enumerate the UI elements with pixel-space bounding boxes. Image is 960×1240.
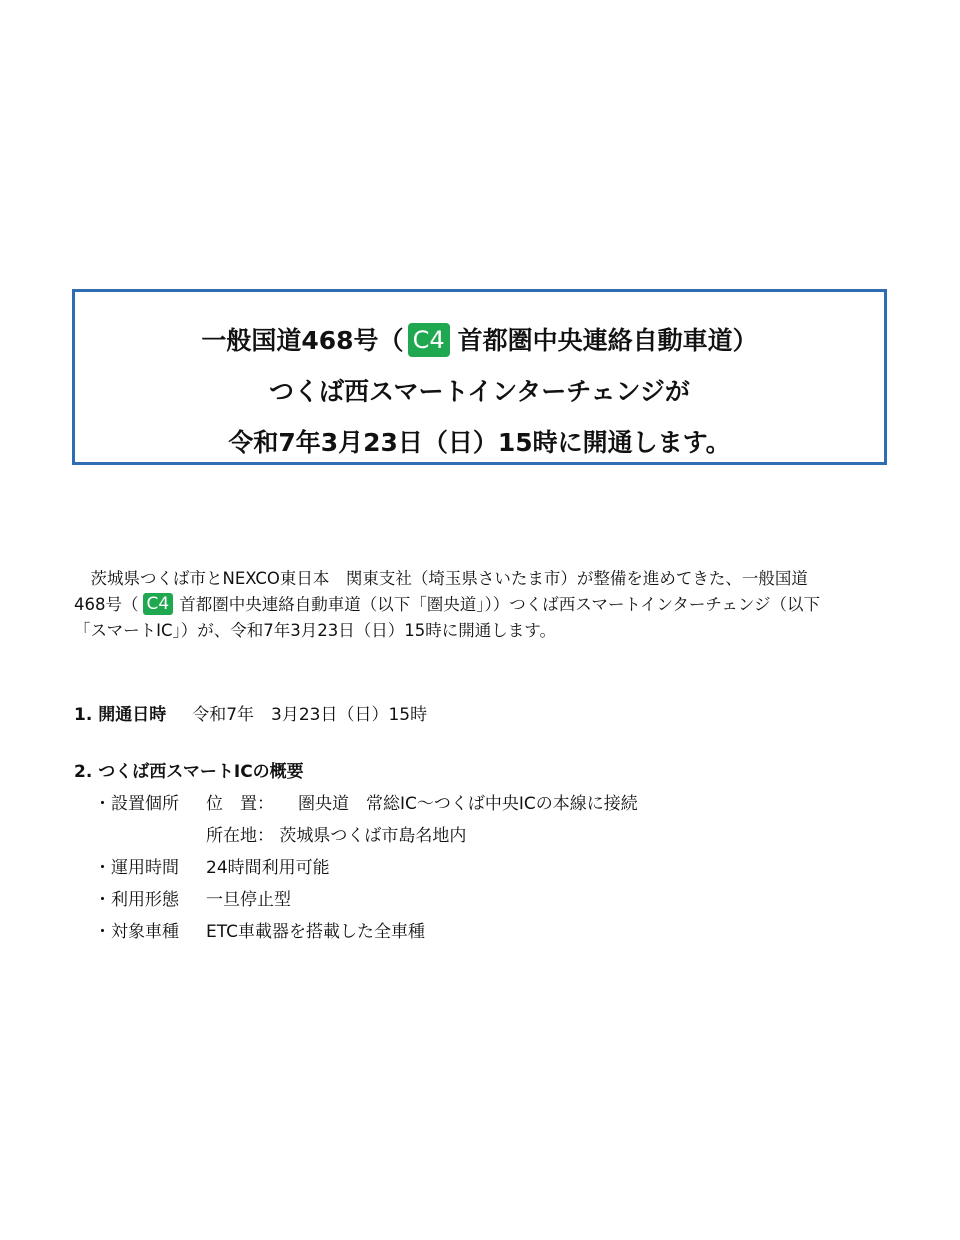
headline-route-text: 一般国道468号（ bbox=[201, 326, 403, 355]
item-value: 圏央道 常総IC～つくば中央ICの本線に接続 bbox=[298, 794, 638, 814]
section-opening-datetime: 1. 開通日時令和7年 3月23日（日）15時 bbox=[74, 700, 427, 725]
opening-datetime-value: 令和7年 3月23日（日）15時 bbox=[192, 705, 427, 725]
item-key: ・設置個所 bbox=[94, 789, 179, 814]
item-sub-label: 所在地： bbox=[206, 826, 274, 846]
item-key: ・利用形態 bbox=[94, 885, 179, 910]
route-badge-c4: C4 bbox=[408, 323, 450, 357]
headline-box: 一般国道468号（C4首都圏中央連絡自動車道） つくば西スマートインターチェンジ… bbox=[72, 289, 887, 465]
intro-line-1: 茨城県つくば市とNEXCO東日本 関東支社（埼玉県さいたま市）が整備を進めてきた… bbox=[74, 566, 894, 592]
section-1-heading: 1. 開通日時 bbox=[74, 705, 166, 725]
intro-route-text: 468号（ bbox=[74, 595, 139, 614]
intro-line-3: 「スマートIC」）が、令和7年3月23日（日）15時に開通します。 bbox=[74, 618, 894, 644]
intro-line-2: 468号（C4首都圏中央連絡自動車道（以下「圏央道」））つくば西スマートインター… bbox=[74, 592, 894, 618]
headline-line-3: 令和7年3月23日（日）15時に開通します。 bbox=[75, 423, 884, 459]
item-key: ・対象車種 bbox=[94, 917, 179, 942]
section-2-heading: 2. つくば西スマートICの概要 bbox=[74, 757, 304, 782]
item-key: ・運用時間 bbox=[94, 853, 179, 878]
item-value: 24時間利用可能 bbox=[206, 853, 330, 878]
headline-line-2: つくば西スマートインターチェンジが bbox=[75, 372, 884, 408]
route-badge-c4-inline: C4 bbox=[143, 593, 174, 615]
headline-line-1: 一般国道468号（C4首都圏中央連絡自動車道） bbox=[75, 321, 884, 359]
item-value: 一旦停止型 bbox=[206, 885, 291, 910]
headline-expressway-text: 首都圏中央連絡自動車道） bbox=[458, 326, 758, 355]
intro-expressway-text: 首都圏中央連絡自動車道（以下「圏央道」））つくば西スマートインターチェンジ（以下 bbox=[179, 595, 820, 614]
item-sub-label: 位 置： bbox=[206, 789, 298, 814]
intro-paragraph: 茨城県つくば市とNEXCO東日本 関東支社（埼玉県さいたま市）が整備を進めてきた… bbox=[74, 566, 894, 644]
item-value: 茨城県つくば市島名地内 bbox=[279, 826, 466, 846]
item-value: ETC車載器を搭載した全車種 bbox=[206, 917, 425, 942]
